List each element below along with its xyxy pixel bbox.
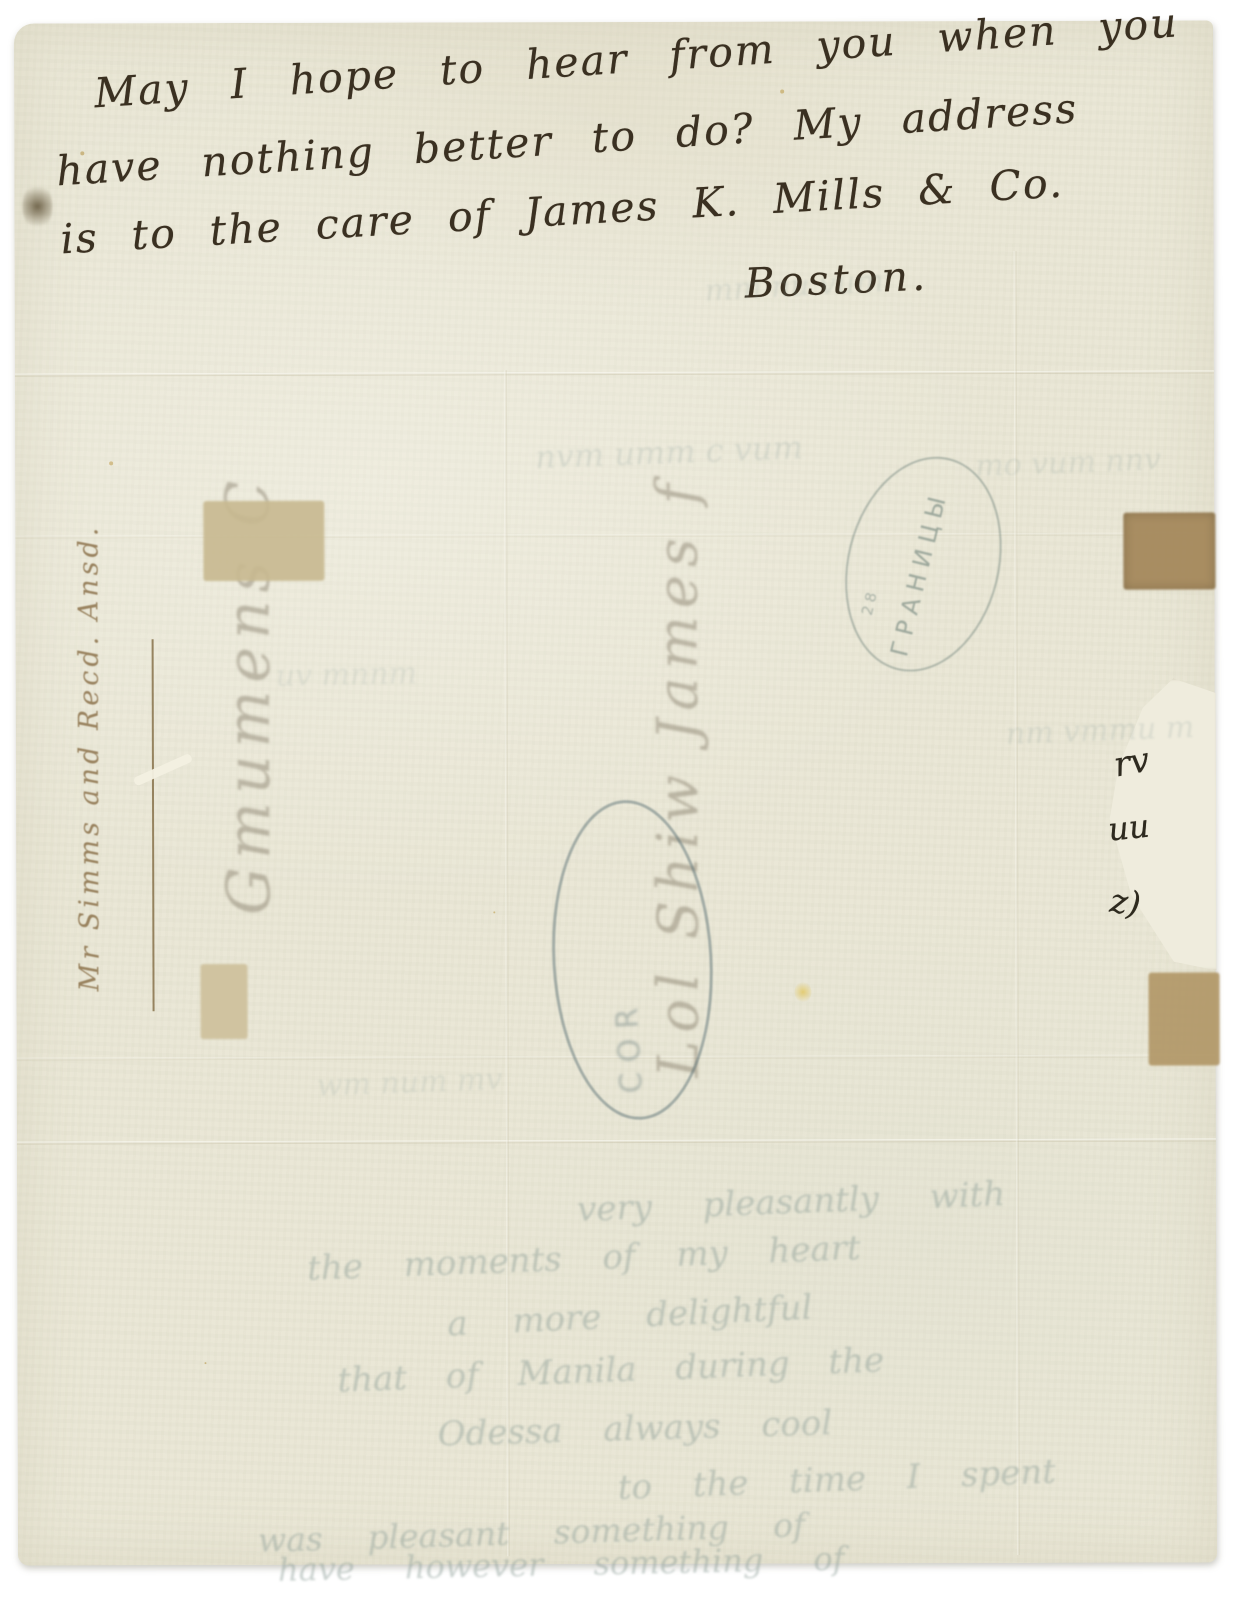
docket-paper-scratch <box>133 753 193 787</box>
cyrillic-stamp-date-text: 28 <box>858 506 902 617</box>
ghost-mark-5: nm vmmu m <box>1005 710 1195 752</box>
tape-patch-top-left <box>203 501 324 581</box>
showthrough-line-1: very pleasantly with <box>576 1174 1006 1230</box>
ghost-mark-2: nvm umm c vum <box>534 428 803 476</box>
yellow-stain-spot <box>794 981 811 1002</box>
letter-paper-sheet: May I hope to hear from you when you hav… <box>14 20 1217 1565</box>
left-edge-ink-smudge <box>22 181 52 231</box>
address-showthrough-left: Gmumens C <box>213 415 284 915</box>
fold-line-horizontal-bottom <box>17 1138 1216 1144</box>
tape-patch-bottom-right <box>1148 972 1219 1065</box>
docket-rule-line <box>152 639 155 1011</box>
scanned-letter-screenshot: { "document": { "kind": "Scanned verso /… <box>0 0 1239 1600</box>
showthrough-line-2: the moments of my heart <box>306 1228 861 1289</box>
showthrough-line-4: that of Manila during the <box>337 1340 885 1400</box>
fold-line-horizontal-top <box>15 370 1214 376</box>
ghost-mark-6: wm num mv <box>316 1062 503 1104</box>
foxing-specks <box>80 151 84 155</box>
tape-patch-bottom-left <box>200 964 247 1039</box>
ghost-mark-3: mo vum nnv <box>974 442 1161 484</box>
fold-line-horizontal-upper-mid <box>15 532 1214 538</box>
docket-script: Mr Simms and Recd. Ansd. <box>73 571 105 991</box>
large-oval-stamp-text: COR <box>600 833 649 1095</box>
ghost-mark-4: uv mnnm <box>275 656 417 694</box>
tear-ink-fragment-3: z) <box>1108 881 1143 924</box>
showthrough-line-3: a more delightful <box>446 1288 813 1345</box>
showthrough-line-5: Odessa always cool <box>437 1403 833 1454</box>
tape-patch-right <box>1123 512 1215 589</box>
showthrough-line-6: to the time I spent <box>617 1452 1056 1508</box>
tear-ink-fragment-2: uu <box>1106 807 1151 849</box>
cyrillic-stamp-text: ГРАНИЦЫ <box>885 468 958 659</box>
